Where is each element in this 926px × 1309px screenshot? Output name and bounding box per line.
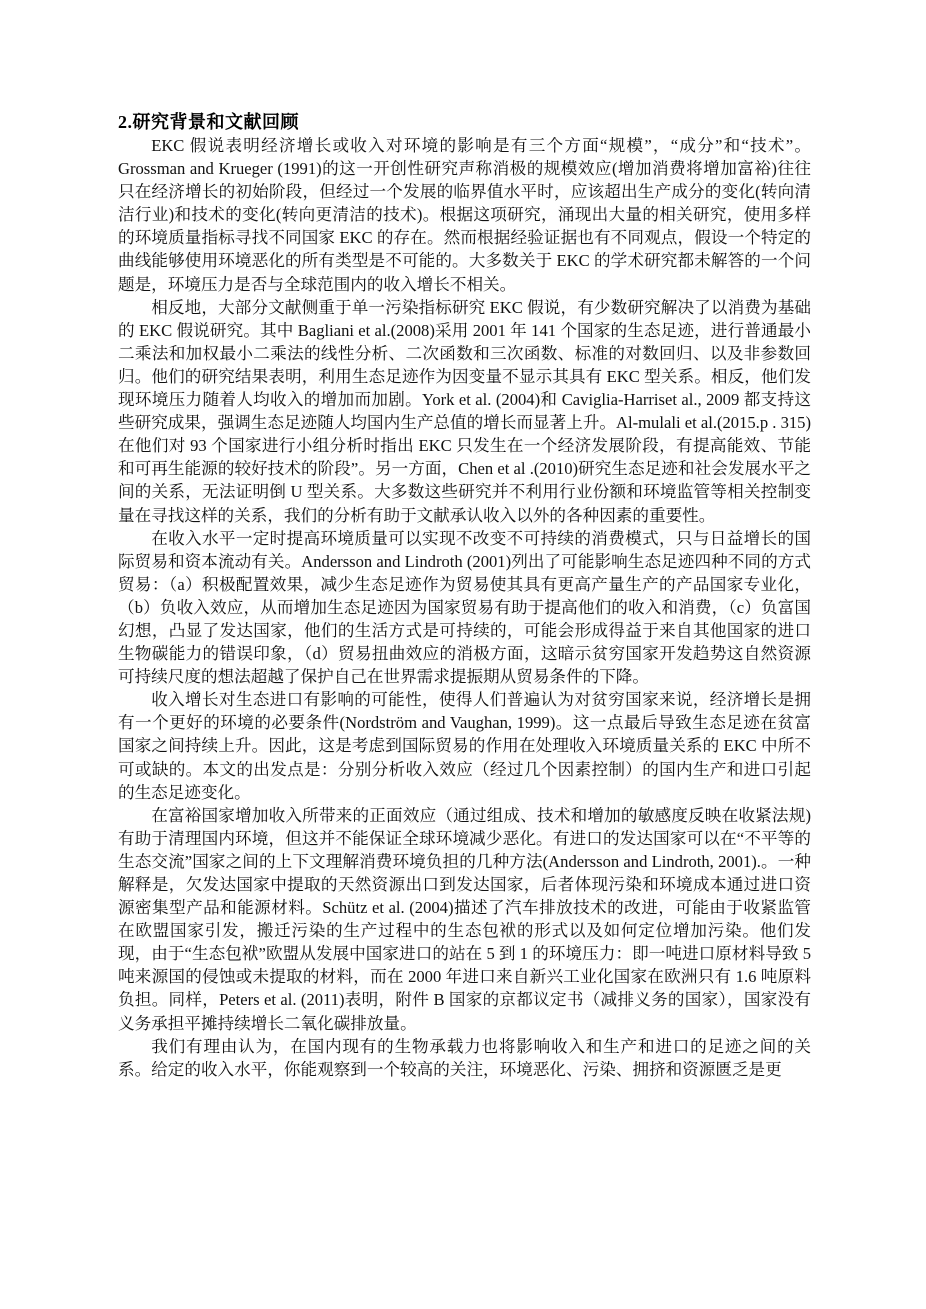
paragraph-5: 在富裕国家增加收入所带来的正面效应（通过组成、技术和增加的敏感度反映在收紧法规)… xyxy=(118,804,811,1035)
paragraph-3: 在收入水平一定时提高环境质量可以实现不改变不可持续的消费模式，只与日益增长的国际… xyxy=(118,527,811,689)
paragraph-2: 相反地，大部分文献侧重于单一污染指标研究 EKC 假说，有少数研究解决了以消费为… xyxy=(118,296,811,527)
document-page: 2.研究背景和文献回顾 EKC 假说表明经济增长或收入对环境的影响是有三个方面“… xyxy=(0,0,926,1309)
paragraph-4: 收入增长对生态进口有影响的可能性，使得人们普遍认为对贫穷国家来说，经济增长是拥有… xyxy=(118,688,811,803)
text-column: 2.研究背景和文献回顾 EKC 假说表明经济增长或收入对环境的影响是有三个方面“… xyxy=(118,110,811,1081)
paragraph-1: EKC 假说表明经济增长或收入对环境的影响是有三个方面“规模”，“成分”和“技术… xyxy=(118,134,811,296)
paragraph-6: 我们有理由认为，在国内现有的生物承载力也将影响收入和生产和进口的足迹之间的关系。… xyxy=(118,1035,811,1081)
section-heading: 2.研究背景和文献回顾 xyxy=(118,110,811,134)
